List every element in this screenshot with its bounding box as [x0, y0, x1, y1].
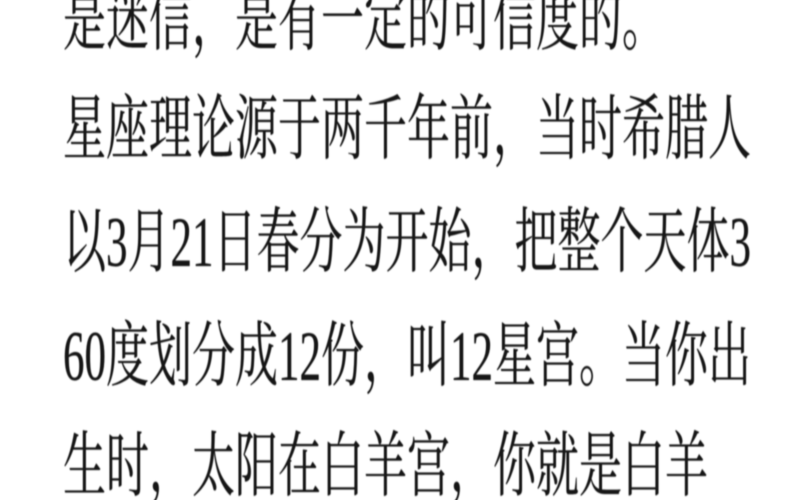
text-line-4: 60度划分成12份，叫12星宫。当你出 — [63, 322, 751, 393]
text-image-page: 是迷信，是有一定的可信度的。 星座理论源于两千年前，当时希腊人 以3月21日春分… — [0, 0, 800, 500]
text-line-2: 星座理论源于两千年前，当时希腊人 — [63, 95, 751, 166]
text-line-3: 以3月21日春分为开始，把整个天体3 — [63, 208, 751, 279]
text-line-1: 是迷信，是有一定的可信度的。 — [63, 0, 665, 57]
text-line-5: 生时，太阳在白羊宫，你就是白羊 — [63, 432, 708, 500]
